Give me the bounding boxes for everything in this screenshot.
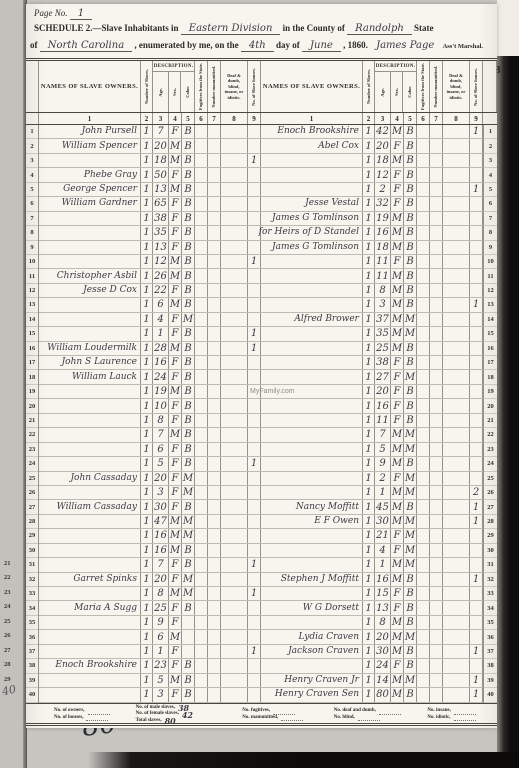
color-cell-value: M bbox=[405, 428, 415, 441]
sex-cell: F bbox=[169, 284, 182, 297]
owner-name-cell-value: John Cassaday bbox=[70, 472, 137, 485]
age-cell: 27 bbox=[375, 370, 391, 383]
age-cell: 2 bbox=[375, 183, 391, 196]
houses-cell: 1 bbox=[248, 587, 261, 600]
sex-cell-value: F bbox=[394, 169, 401, 182]
slave-count-cell: 1 bbox=[363, 515, 375, 528]
color-cell-value: B bbox=[406, 457, 413, 470]
slave-count-cell: 1 bbox=[363, 674, 375, 687]
slave-count-cell: 1 bbox=[141, 558, 153, 571]
row-number-header-right bbox=[483, 61, 497, 112]
color-cell-value: M bbox=[405, 486, 415, 499]
age-cell: 1 bbox=[375, 486, 391, 499]
color-cell-value: B bbox=[406, 140, 413, 153]
sex-cell-value: F bbox=[394, 140, 401, 153]
age-cell: 1 bbox=[153, 327, 169, 340]
manumitted-cell bbox=[208, 573, 221, 586]
color-cell: B bbox=[404, 573, 417, 586]
houses-cell bbox=[248, 500, 261, 513]
slave-count-cell-value: 1 bbox=[365, 688, 371, 701]
sex-cell-value: M bbox=[170, 631, 180, 644]
owner-name-cell-value: Maria A Sugg bbox=[74, 602, 137, 615]
sex-cell: F bbox=[391, 385, 404, 398]
houses-cell bbox=[470, 472, 483, 485]
color-cell: B bbox=[404, 183, 417, 196]
color-cell: M bbox=[404, 370, 417, 383]
column-number: 6 bbox=[417, 113, 430, 124]
sex-cell-value: M bbox=[392, 313, 402, 326]
column-number: 2 bbox=[141, 113, 153, 124]
houses-cell bbox=[248, 139, 261, 152]
table-row: 13MB1 bbox=[261, 298, 483, 312]
age-cell-value: 16 bbox=[376, 573, 389, 586]
manumitted-cell bbox=[208, 688, 221, 701]
sex-cell: M bbox=[169, 630, 182, 643]
houses-cell: 1 bbox=[470, 674, 483, 687]
houses-cell-value: 1 bbox=[251, 327, 257, 340]
color-cell: M bbox=[182, 486, 195, 499]
slave-count-cell: 1 bbox=[363, 183, 375, 196]
disability-cell bbox=[443, 168, 470, 181]
sex-cell-value: F bbox=[394, 472, 401, 485]
fugitive-cell bbox=[417, 370, 430, 383]
disability-cell bbox=[443, 472, 470, 485]
age-cell-value: 24 bbox=[154, 371, 167, 384]
manumitted-cell bbox=[430, 674, 443, 687]
owner-name-cell: William Cassaday bbox=[39, 500, 141, 513]
age-cell: 30 bbox=[153, 500, 169, 513]
footer-total-label: Total slaves, bbox=[136, 718, 162, 725]
disability-cell bbox=[443, 327, 470, 340]
slave-count-cell: 1 bbox=[141, 125, 153, 138]
table-row: 12FB1 bbox=[261, 183, 483, 197]
slave-count-cell-value: 1 bbox=[365, 631, 371, 644]
color-cell: B bbox=[182, 327, 195, 340]
slave-count-cell-value: 1 bbox=[143, 414, 149, 427]
age-cell-value: 26 bbox=[154, 270, 167, 283]
manumitted-cell bbox=[208, 645, 221, 658]
table-row: Jackson Craven130MB1 bbox=[261, 645, 483, 659]
age-cell: 7 bbox=[375, 428, 391, 441]
sex-cell: F bbox=[169, 443, 182, 456]
fugitive-cell bbox=[195, 443, 208, 456]
houses-cell bbox=[248, 601, 261, 614]
owner-name-cell-value: James G Tomlinson bbox=[272, 241, 359, 254]
manumitted-cell bbox=[430, 255, 443, 268]
sex-cell: F bbox=[391, 659, 404, 672]
disability-cell bbox=[443, 356, 470, 369]
sex-cell: F bbox=[169, 573, 182, 586]
watermark: MyFamily.com bbox=[250, 388, 295, 395]
table-row: George Spencer113MB bbox=[39, 183, 261, 197]
houses-cell bbox=[248, 197, 261, 210]
houses-cell-value: 2 bbox=[473, 486, 479, 499]
owner-name-cell: Maria A Sugg bbox=[39, 601, 141, 614]
slave-count-cell-value: 1 bbox=[143, 659, 149, 672]
table-row: 138FB bbox=[261, 356, 483, 370]
sex-cell: F bbox=[169, 399, 182, 412]
houses-cell-value: 1 bbox=[473, 674, 479, 687]
disability-cell bbox=[443, 197, 470, 210]
slave-count-cell: 1 bbox=[141, 544, 153, 557]
color-cell: M bbox=[182, 529, 195, 542]
table-row: 18FB bbox=[39, 414, 261, 428]
slave-count-cell-value: 1 bbox=[365, 183, 371, 196]
fugitive-cell bbox=[417, 298, 430, 311]
color-cell-value: B bbox=[406, 255, 413, 268]
footer-blind-label: No. blind, bbox=[334, 715, 355, 722]
fugitive-cell bbox=[195, 255, 208, 268]
houses-cell-value: 1 bbox=[473, 501, 479, 514]
fugitive-cell bbox=[417, 587, 430, 600]
sex-cell: F bbox=[169, 313, 182, 326]
age-cell-value: 1 bbox=[157, 327, 163, 340]
houses-cell bbox=[470, 226, 483, 239]
sex-cell: F bbox=[391, 183, 404, 196]
manumitted-cell bbox=[208, 212, 221, 225]
disability-cell bbox=[221, 630, 248, 643]
color-cell: B bbox=[182, 226, 195, 239]
row-number: 36 bbox=[26, 630, 38, 644]
adjacent-page-row-number: 23 bbox=[4, 589, 20, 596]
footer-total-value: 80 bbox=[165, 718, 176, 724]
row-number: 37 bbox=[26, 645, 38, 659]
age-cell: 5 bbox=[153, 674, 169, 687]
age-cell-value: 1 bbox=[379, 558, 385, 571]
color-cell: B bbox=[182, 500, 195, 513]
slave-count-cell: 1 bbox=[363, 168, 375, 181]
owner-name-cell bbox=[39, 515, 141, 528]
sex-cell: M bbox=[391, 645, 404, 658]
slave-count-cell-value: 1 bbox=[143, 125, 149, 138]
age-cell: 7 bbox=[153, 428, 169, 441]
table-row: Jesse D Cox122FB bbox=[39, 284, 261, 298]
owner-name-cell: for Heirs of D Standel bbox=[261, 226, 363, 239]
slave-count-cell: 1 bbox=[141, 139, 153, 152]
sex-cell-value: M bbox=[392, 226, 402, 239]
description-group: DESCRIPTION. Age. Sex. Color. bbox=[153, 61, 195, 112]
manumitted-cell bbox=[430, 370, 443, 383]
fugitive-cell bbox=[417, 674, 430, 687]
fugitives-header: Fugitives from the State. bbox=[198, 63, 203, 110]
disability-cell bbox=[221, 457, 248, 470]
disability-cell bbox=[443, 616, 470, 629]
marshal-title: Ass't Marshal. bbox=[443, 43, 483, 50]
age-cell-value: 4 bbox=[379, 544, 385, 557]
houses-cell bbox=[470, 212, 483, 225]
slave-count-cell: 1 bbox=[363, 630, 375, 643]
sex-cell: F bbox=[169, 601, 182, 614]
sex-cell: M bbox=[169, 529, 182, 542]
manumitted-cell bbox=[430, 269, 443, 282]
table-row: 16MB bbox=[39, 298, 261, 312]
age-cell-value: 35 bbox=[376, 327, 389, 340]
houses-cell bbox=[248, 125, 261, 138]
sex-cell: F bbox=[169, 370, 182, 383]
age-cell-value: 16 bbox=[154, 529, 167, 542]
sex-header: Sex. bbox=[394, 88, 399, 96]
age-cell-value: 7 bbox=[157, 125, 163, 138]
manumitted-cell bbox=[208, 154, 221, 167]
age-cell-value: 13 bbox=[154, 183, 167, 196]
fugitive-cell bbox=[195, 428, 208, 441]
fugitive-cell bbox=[417, 688, 430, 701]
age-cell-value: 13 bbox=[154, 241, 167, 254]
slave-count-cell-value: 1 bbox=[143, 255, 149, 268]
slave-count-cell: 1 bbox=[363, 645, 375, 658]
color-cell: B bbox=[404, 255, 417, 268]
disability-cell bbox=[221, 255, 248, 268]
scan-corner bbox=[497, 0, 519, 56]
color-cell: B bbox=[182, 183, 195, 196]
age-cell-value: 20 bbox=[154, 573, 167, 586]
slave-count-cell: 1 bbox=[363, 125, 375, 138]
row-number: 6 bbox=[484, 197, 497, 211]
slave-count-cell-value: 1 bbox=[143, 529, 149, 542]
table-row: 138FB bbox=[39, 212, 261, 226]
table-row: John Cassaday120FM bbox=[39, 472, 261, 486]
age-cell: 11 bbox=[375, 414, 391, 427]
fugitive-cell bbox=[195, 529, 208, 542]
color-cell: B bbox=[182, 544, 195, 557]
row-number: 1 bbox=[484, 125, 497, 139]
sex-cell-value: F bbox=[172, 659, 179, 672]
sex-cell-value: M bbox=[392, 688, 402, 701]
owner-name-cell-value: William Lauck bbox=[72, 371, 137, 384]
age-cell-value: 3 bbox=[379, 298, 385, 311]
age-cell-value: 27 bbox=[376, 371, 389, 384]
owner-name-cell bbox=[39, 255, 141, 268]
owner-name-cell: Nancy Moffitt bbox=[261, 500, 363, 513]
owner-name-cell-value: John Pursell bbox=[82, 125, 137, 138]
slave-count-cell-value: 1 bbox=[365, 501, 371, 514]
owner-name-cell: George Spencer bbox=[39, 183, 141, 196]
disability-cell bbox=[443, 385, 470, 398]
sex-cell-value: F bbox=[172, 558, 179, 571]
manumitted-cell bbox=[430, 298, 443, 311]
manumitted-cell bbox=[208, 443, 221, 456]
of-word: of bbox=[30, 40, 38, 50]
fugitive-cell bbox=[417, 183, 430, 196]
owner-name-cell-value: Jesse Vestal bbox=[305, 197, 359, 210]
color-cell: B bbox=[404, 125, 417, 138]
slave-count-cell: 1 bbox=[363, 139, 375, 152]
sex-cell: M bbox=[391, 573, 404, 586]
age-cell: 45 bbox=[375, 500, 391, 513]
color-cell-value: M bbox=[183, 472, 193, 485]
houses-cell bbox=[248, 659, 261, 672]
sex-cell: M bbox=[391, 125, 404, 138]
houses-cell-value: 1 bbox=[473, 183, 479, 196]
age-cell-value: 80 bbox=[376, 688, 389, 701]
manumitted-cell bbox=[430, 659, 443, 672]
division-value: Eastern Division bbox=[181, 23, 281, 35]
color-cell bbox=[182, 630, 195, 643]
row-number: 11 bbox=[484, 269, 497, 283]
slave-count-cell-value: 1 bbox=[365, 659, 371, 672]
fugitive-cell bbox=[195, 183, 208, 196]
color-cell-value: B bbox=[184, 298, 191, 311]
color-cell-value: B bbox=[184, 327, 191, 340]
sex-cell-value: F bbox=[172, 125, 179, 138]
houses-cell-value: 1 bbox=[251, 645, 257, 658]
fugitive-cell bbox=[195, 616, 208, 629]
sex-cell-value: M bbox=[392, 631, 402, 644]
manumitted-cell bbox=[430, 342, 443, 355]
manumitted-cell bbox=[430, 688, 443, 701]
sex-cell-value: M bbox=[392, 558, 402, 571]
table-row: 115FB bbox=[261, 587, 483, 601]
slave-count-cell-value: 1 bbox=[365, 472, 371, 485]
table-row: Henry Craven Jr114MM1 bbox=[261, 674, 483, 688]
age-cell-value: 1 bbox=[157, 645, 163, 658]
scanned-census-page: { "document": { "page_no_label": "Page N… bbox=[0, 0, 519, 768]
row-number: 38 bbox=[484, 659, 497, 673]
manumitted-cell bbox=[208, 125, 221, 138]
owner-name-cell bbox=[261, 587, 363, 600]
owner-name-cell-value: W G Dorsett bbox=[303, 602, 359, 615]
owner-name-cell-value: Nancy Moffitt bbox=[296, 501, 359, 514]
age-cell: 3 bbox=[153, 486, 169, 499]
age-cell-value: 25 bbox=[376, 342, 389, 355]
slave-count-cell: 1 bbox=[363, 313, 375, 326]
slave-count-cell-value: 1 bbox=[365, 558, 371, 571]
slave-count-cell: 1 bbox=[141, 472, 153, 485]
age-cell: 50 bbox=[153, 168, 169, 181]
age-cell: 6 bbox=[153, 630, 169, 643]
color-cell-value: B bbox=[184, 169, 191, 182]
slave-count-cell-value: 1 bbox=[143, 183, 149, 196]
color-cell: B bbox=[404, 399, 417, 412]
houses-cell bbox=[248, 573, 261, 586]
description-header: DESCRIPTION. bbox=[153, 61, 194, 72]
color-cell: M bbox=[182, 515, 195, 528]
disability-cell bbox=[221, 500, 248, 513]
sex-cell: M bbox=[169, 154, 182, 167]
age-cell: 18 bbox=[153, 154, 169, 167]
disability-cell bbox=[221, 674, 248, 687]
color-cell: M bbox=[404, 529, 417, 542]
column-number: 8 bbox=[443, 113, 470, 124]
age-cell-value: 10 bbox=[154, 400, 167, 413]
owner-name-cell bbox=[261, 399, 363, 412]
houses-cell bbox=[248, 443, 261, 456]
color-cell: B bbox=[182, 241, 195, 254]
age-cell-value: 25 bbox=[154, 602, 167, 615]
slave-count-cell-value: 1 bbox=[365, 414, 371, 427]
slave-count-cell: 1 bbox=[363, 370, 375, 383]
manumitted-cell bbox=[430, 529, 443, 542]
disability-cell bbox=[221, 125, 248, 138]
color-cell-value: B bbox=[406, 284, 413, 297]
age-cell: 2 bbox=[375, 472, 391, 485]
age-cell-value: 65 bbox=[154, 197, 167, 210]
houses-cell bbox=[248, 269, 261, 282]
owner-name-cell bbox=[261, 428, 363, 441]
owner-name-cell bbox=[39, 212, 141, 225]
houses-cell-value: 1 bbox=[251, 558, 257, 571]
manumitted-cell bbox=[430, 327, 443, 340]
row-number: 21 bbox=[26, 414, 38, 428]
table-row: 111FB bbox=[261, 255, 483, 269]
age-cell: 4 bbox=[375, 544, 391, 557]
table-row: 17MM bbox=[261, 428, 483, 442]
sex-cell-value: F bbox=[172, 212, 179, 225]
disability-cell bbox=[443, 544, 470, 557]
color-cell-value: M bbox=[183, 529, 193, 542]
table-row: 135FB bbox=[39, 226, 261, 240]
row-number: 14 bbox=[484, 313, 497, 327]
fugitive-cell bbox=[417, 327, 430, 340]
sex-cell: M bbox=[391, 313, 404, 326]
sex-cell: M bbox=[391, 342, 404, 355]
age-cell-value: 16 bbox=[376, 400, 389, 413]
sex-cell-value: M bbox=[392, 573, 402, 586]
number-of-slaves-header: Number of Slaves. bbox=[144, 69, 149, 104]
sex-cell: M bbox=[169, 515, 182, 528]
row-number: 40 bbox=[26, 688, 38, 702]
manumitted-cell bbox=[208, 616, 221, 629]
houses-cell-value: 1 bbox=[473, 125, 479, 138]
age-cell-value: 8 bbox=[379, 616, 385, 629]
disability-cell bbox=[221, 529, 248, 542]
row-number: 19 bbox=[26, 385, 38, 399]
houses-cell bbox=[248, 674, 261, 687]
age-cell-value: 9 bbox=[379, 457, 385, 470]
disability-cell bbox=[221, 168, 248, 181]
houses-cell bbox=[470, 601, 483, 614]
age-cell: 18 bbox=[375, 241, 391, 254]
row-number: 9 bbox=[26, 241, 38, 255]
scan-bottom-band bbox=[88, 752, 519, 768]
manumitted-header: Number manumitted. bbox=[211, 66, 216, 108]
disability-cell bbox=[443, 587, 470, 600]
sex-cell: F bbox=[391, 197, 404, 210]
sex-cell-value: F bbox=[172, 226, 179, 239]
age-cell: 11 bbox=[375, 255, 391, 268]
owner-name-cell: James G Tomlinson bbox=[261, 241, 363, 254]
fugitive-cell bbox=[417, 226, 430, 239]
disability-cell bbox=[221, 212, 248, 225]
color-cell: B bbox=[404, 356, 417, 369]
color-cell bbox=[182, 645, 195, 658]
fugitive-cell bbox=[195, 601, 208, 614]
owner-name-cell: Jesse Vestal bbox=[261, 197, 363, 210]
houses-cell: 1 bbox=[470, 125, 483, 138]
fugitive-cell bbox=[195, 558, 208, 571]
manumitted-cell bbox=[208, 370, 221, 383]
age-cell: 12 bbox=[153, 255, 169, 268]
fugitive-cell bbox=[417, 558, 430, 571]
disability-cell bbox=[443, 645, 470, 658]
adjacent-page-row-number: 25 bbox=[4, 618, 20, 625]
owner-name-cell bbox=[39, 674, 141, 687]
sex-cell: M bbox=[391, 457, 404, 470]
age-cell: 6 bbox=[153, 298, 169, 311]
footer-idiotic-label: No. idiotic, bbox=[427, 715, 450, 722]
table-row: 11FB1 bbox=[39, 327, 261, 341]
table-row: James G Tomlinson118MB bbox=[261, 241, 483, 255]
color-cell-value: B bbox=[406, 414, 413, 427]
manumitted-header: Number manumitted. bbox=[433, 66, 438, 108]
row-number: 21 bbox=[484, 414, 497, 428]
color-cell: M bbox=[404, 313, 417, 326]
sex-cell: F bbox=[391, 399, 404, 412]
age-cell: 35 bbox=[375, 327, 391, 340]
owner-name-cell bbox=[261, 154, 363, 167]
age-cell-value: 2 bbox=[379, 472, 385, 485]
age-cell: 28 bbox=[153, 342, 169, 355]
